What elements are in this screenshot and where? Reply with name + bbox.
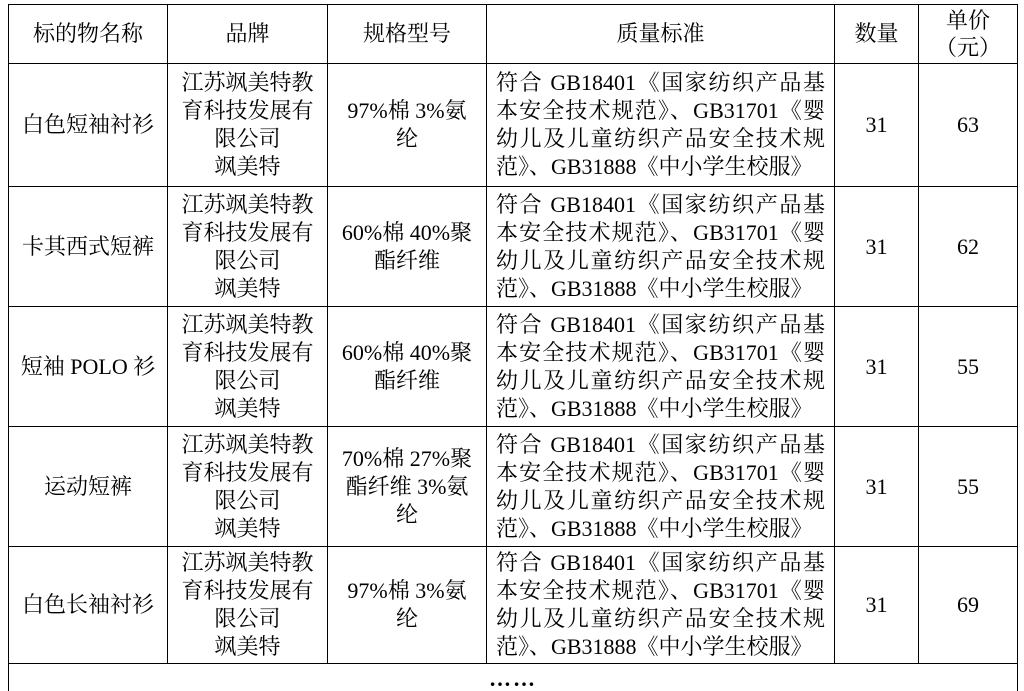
header-unit-price-line1: 单价 bbox=[925, 7, 1011, 34]
spec-cell: 70%棉 27%聚酯纤维 3%氨纶 bbox=[328, 427, 487, 547]
quantity-cell: 31 bbox=[835, 307, 919, 427]
brand-company: 江苏飒美特教育科技发展有限公司 bbox=[181, 311, 314, 395]
quantity-cell: 31 bbox=[835, 64, 919, 187]
brand-company: 江苏飒美特教育科技发展有限公司 bbox=[181, 191, 314, 275]
ellipsis-cell: …… bbox=[9, 664, 1018, 691]
continuation-row: …… bbox=[9, 664, 1018, 691]
quantity-cell: 31 bbox=[835, 187, 919, 307]
header-quality-standard: 质量标准 bbox=[487, 5, 835, 64]
quality-standard-cell: 符合 GB18401《国家纺织产品基本安全技术规范》、GB31701《婴幼儿及儿… bbox=[487, 187, 835, 307]
table-row: 白色长袖衬衫 江苏飒美特教育科技发展有限公司 飒美特 97%棉 3%氨纶 符合 … bbox=[9, 547, 1018, 664]
spec-cell: 97%棉 3%氨纶 bbox=[328, 64, 487, 187]
brand-company: 江苏飒美特教育科技发展有限公司 bbox=[181, 549, 314, 633]
item-name-cell: 白色长袖衬衫 bbox=[9, 547, 168, 664]
header-spec: 规格型号 bbox=[328, 5, 487, 64]
header-quantity: 数量 bbox=[835, 5, 919, 64]
unit-price-cell: 55 bbox=[919, 427, 1018, 547]
unit-price-cell: 69 bbox=[919, 547, 1018, 664]
unit-price-cell: 55 bbox=[919, 307, 1018, 427]
table-row: 白色短袖衬衫 江苏飒美特教育科技发展有限公司 飒美特 97%棉 3%氨纶 符合 … bbox=[9, 64, 1018, 187]
item-name-cell: 运动短裤 bbox=[9, 427, 168, 547]
item-name-cell: 白色短袖衬衫 bbox=[9, 64, 168, 187]
brand-name: 飒美特 bbox=[181, 153, 314, 181]
item-name-cell: 卡其西式短裤 bbox=[9, 187, 168, 307]
brand-name: 飒美特 bbox=[181, 515, 314, 543]
brand-name: 飒美特 bbox=[181, 633, 314, 661]
brand-name: 飒美特 bbox=[181, 275, 314, 303]
spec-cell: 60%棉 40%聚酯纤维 bbox=[328, 307, 487, 427]
quality-standard-cell: 符合 GB18401《国家纺织产品基本安全技术规范》、GB31701《婴幼儿及儿… bbox=[487, 547, 835, 664]
brand-cell: 江苏飒美特教育科技发展有限公司 飒美特 bbox=[168, 187, 328, 307]
header-row: 标的物名称 品牌 规格型号 质量标准 数量 单价 （元） bbox=[9, 5, 1018, 64]
quality-standard-cell: 符合 GB18401《国家纺织产品基本安全技术规范》、GB31701《婴幼儿及儿… bbox=[487, 64, 835, 187]
quantity-cell: 31 bbox=[835, 427, 919, 547]
item-name-cell: 短袖 POLO 衫 bbox=[9, 307, 168, 427]
table-row: 卡其西式短裤 江苏飒美特教育科技发展有限公司 飒美特 60%棉 40%聚酯纤维 … bbox=[9, 187, 1018, 307]
header-item-name: 标的物名称 bbox=[9, 5, 168, 64]
brand-cell: 江苏飒美特教育科技发展有限公司 飒美特 bbox=[168, 307, 328, 427]
table-row: 短袖 POLO 衫 江苏飒美特教育科技发展有限公司 飒美特 60%棉 40%聚酯… bbox=[9, 307, 1018, 427]
unit-price-cell: 63 bbox=[919, 64, 1018, 187]
brand-cell: 江苏飒美特教育科技发展有限公司 飒美特 bbox=[168, 64, 328, 187]
quality-standard-cell: 符合 GB18401《国家纺织产品基本安全技术规范》、GB31701《婴幼儿及儿… bbox=[487, 427, 835, 547]
spec-cell: 60%棉 40%聚酯纤维 bbox=[328, 187, 487, 307]
brand-cell: 江苏飒美特教育科技发展有限公司 飒美特 bbox=[168, 427, 328, 547]
spec-cell: 97%棉 3%氨纶 bbox=[328, 547, 487, 664]
brand-name: 飒美特 bbox=[181, 395, 314, 423]
quality-standard-cell: 符合 GB18401《国家纺织产品基本安全技术规范》、GB31701《婴幼儿及儿… bbox=[487, 307, 835, 427]
unit-price-cell: 62 bbox=[919, 187, 1018, 307]
brand-company: 江苏飒美特教育科技发展有限公司 bbox=[181, 431, 314, 515]
header-unit-price: 单价 （元） bbox=[919, 5, 1018, 64]
quantity-cell: 31 bbox=[835, 547, 919, 664]
items-table: 标的物名称 品牌 规格型号 质量标准 数量 单价 （元） 白色短袖衬衫 江苏飒美… bbox=[8, 4, 1018, 691]
brand-cell: 江苏飒美特教育科技发展有限公司 飒美特 bbox=[168, 547, 328, 664]
header-unit-price-line2: （元） bbox=[925, 34, 1011, 61]
brand-company: 江苏飒美特教育科技发展有限公司 bbox=[181, 69, 314, 153]
table-row: 运动短裤 江苏飒美特教育科技发展有限公司 飒美特 70%棉 27%聚酯纤维 3%… bbox=[9, 427, 1018, 547]
header-brand: 品牌 bbox=[168, 5, 328, 64]
